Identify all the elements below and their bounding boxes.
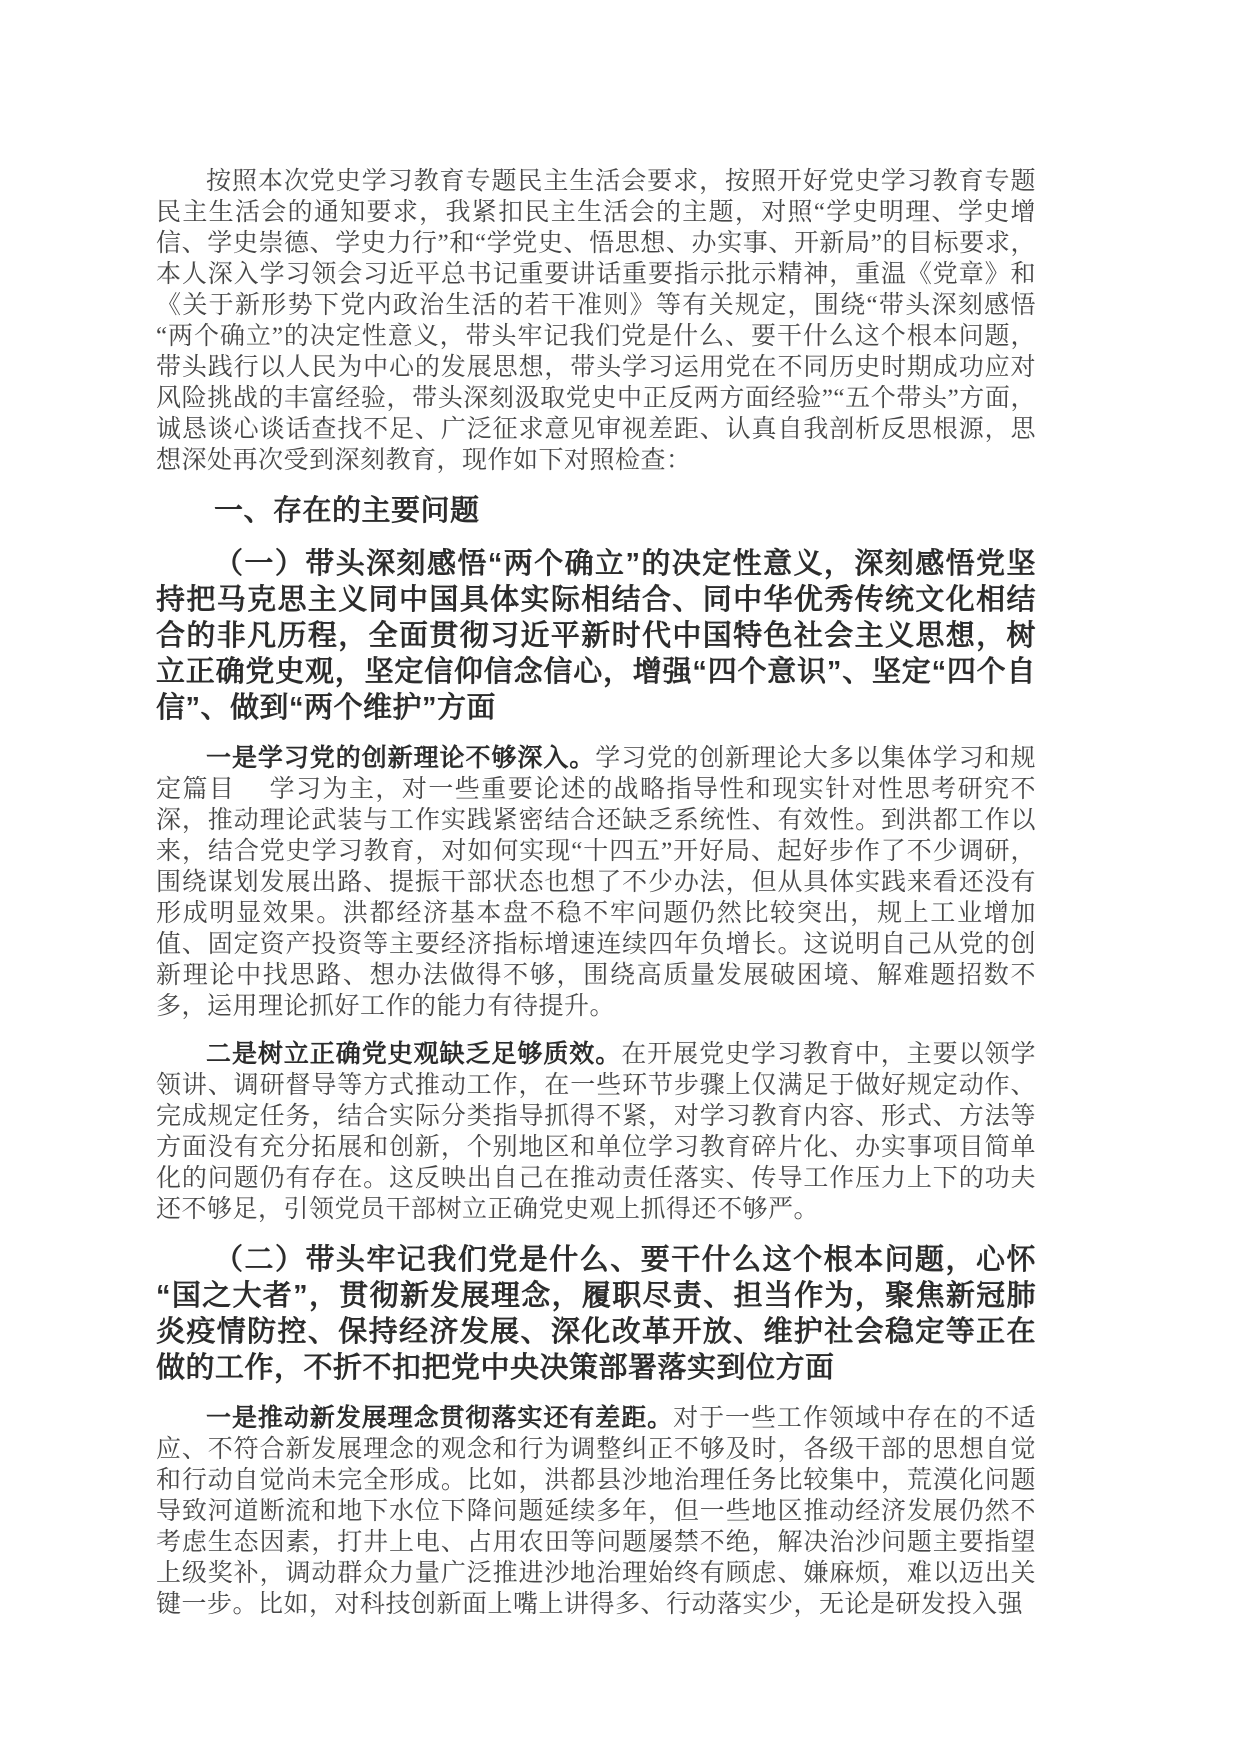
body-paragraph: 一是推动新发展理念贯彻落实还有差距。对于一些工作领域中存在的不适应、不符合新发展… [156, 1403, 1036, 1620]
subsection-heading: （二）带头牢记我们党是什么、要干什么这个根本问题，心怀“国之大者”，贯彻新发展理… [156, 1242, 1036, 1386]
body-paragraph: 一是学习党的创新理论不够深入。学习党的创新理论大多以集体学习和规定篇目 学习为主… [156, 743, 1036, 1022]
document-page: 按照本次党史学习教育专题民主生活会要求，按照开好党史学习教育专题民主生活会的通知… [0, 0, 1240, 1754]
document-body: 按照本次党史学习教育专题民主生活会要求，按照开好党史学习教育专题民主生活会的通知… [156, 166, 1036, 1620]
body-paragraph: 二是树立正确党史观缺乏足够质效。在开展党史学习教育中，主要以领学领讲、调研督导等… [156, 1039, 1036, 1225]
paragraph-lead-emphasis: 一是推动新发展理念贯彻落实还有差距。 [206, 1404, 673, 1432]
section-heading: 一、存在的主要问题 [156, 493, 1036, 529]
subsection-heading: （一）带头深刻感悟“两个确立”的决定性意义，深刻感悟党坚持把马克思主义同中国具体… [156, 546, 1036, 726]
paragraph-lead-emphasis: 二是树立正确党史观缺乏足够质效。 [206, 1040, 621, 1068]
paragraph-lead-emphasis: 一是学习党的创新理论不够深入。 [206, 744, 595, 772]
body-paragraph: 按照本次党史学习教育专题民主生活会要求，按照开好党史学习教育专题民主生活会的通知… [156, 166, 1036, 476]
